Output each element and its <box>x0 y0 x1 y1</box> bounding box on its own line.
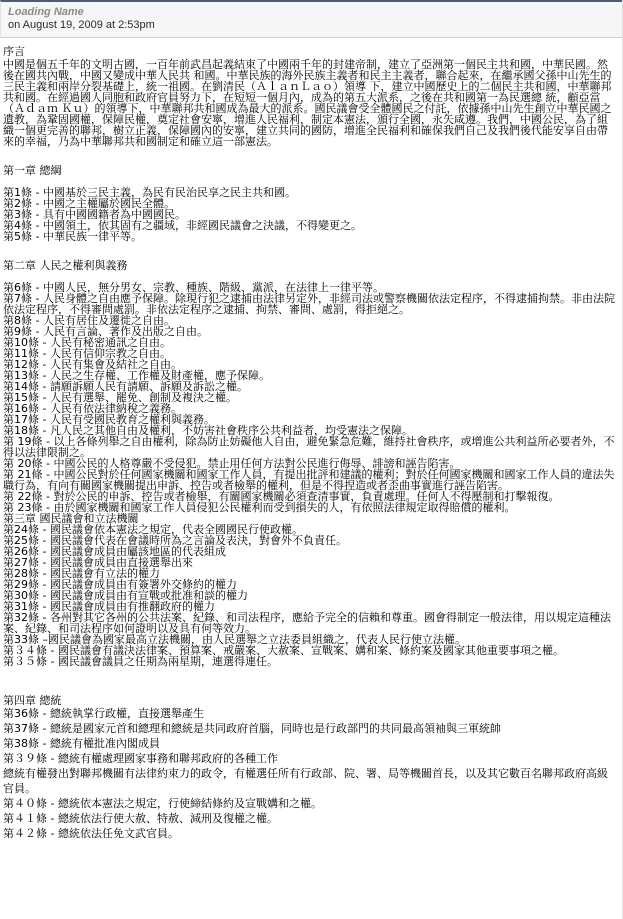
article-line: 第４０條 - 總統依本憲法之規定，行使締結條約及宣戰媾和之權。 <box>3 796 618 811</box>
author-name[interactable]: Loading Name <box>8 6 614 19</box>
chapter-heading: 第四章 總統 <box>3 695 618 706</box>
chapter-heading: 第二章 人民之權利與義務 <box>3 260 618 271</box>
article-line: 第37條 - 總統是國家元首和總理和總統是共同政府首腦，同時也是行政部門的共同最… <box>3 721 618 736</box>
chapter-4: 第四章 總統第36條 - 總統執掌行政權，直接選舉產生第37條 - 總統是國家元… <box>3 695 618 841</box>
article-line: 第３５條 - 國民議會議員之任期為兩星期，連選得連任。 <box>3 656 618 667</box>
note-body: 序言 中國是個五千年的文明古國，一百年前武昌起義結束了中國兩千年的封建帝制，建立… <box>0 38 622 845</box>
article-line: 第7條 - 人民身體之自由應予保障。除現行犯之逮捕由法律另定外，非經司法或警察機… <box>3 293 618 315</box>
article-line: 第5條 - 中華民族一律平等。 <box>3 231 618 242</box>
article-line: 第36條 - 總統執掌行政權，直接選舉產生 <box>3 706 618 721</box>
chapter-2: 第二章 人民之權利與義務第6條 - 中國人民，無分男女、宗教、種族、階級、黨派，… <box>3 260 618 513</box>
note-page: Loading Name on August 19, 2009 at 2:53p… <box>0 0 623 919</box>
chapter-heading: 第一章 總綱 <box>3 165 618 176</box>
chapters-container: 第一章 總綱第1條 - 中國基於三民主義，為民有民治民享之民主共和國。第2條 -… <box>3 165 618 841</box>
note-header: Loading Name on August 19, 2009 at 2:53p… <box>0 0 622 38</box>
preamble-text: 中國是個五千年的文明古國，一百年前武昌起義結束了中國兩千年的封建帝制，建立了亞洲… <box>3 59 618 147</box>
article-line: 第32條 - 各州對其它各州的公共法案、紀錄、和司法程序，應給予完全的信賴和尊重… <box>3 612 618 634</box>
chapter-3: 第三章 國民議會和立法機關第24條 - 國民議會依本憲法之規定，代表全國國民行使… <box>3 513 618 667</box>
article-line: 總統有權發出對聯邦機關有法律約束力的政令，有權選任所有行政部、院、署、局等機關首… <box>3 766 618 796</box>
article-line: 第 19條 - 以上各條列舉之自由權利，除為防止妨礙他人自由，避免緊急危難，維持… <box>3 436 618 458</box>
article-line: 第４２條 - 總統依法任免文武官員。 <box>3 826 618 841</box>
preamble-title: 序言 <box>3 46 618 57</box>
article-line: 第４１條 - 總統依法行使大赦、特赦、減刑及復權之權。 <box>3 811 618 826</box>
note-timestamp: on August 19, 2009 at 2:53pm <box>8 19 614 32</box>
article-line: 第38條 - 總統有權批准內閣成員 <box>3 736 618 751</box>
chapter-1: 第一章 總綱第1條 - 中國基於三民主義，為民有民治民享之民主共和國。第2條 -… <box>3 165 618 242</box>
article-line: 第 21條 - 中國公民對於任何國家機關和國家工作人員，有提出批評和建議的權利；… <box>3 469 618 491</box>
article-line: 第３９條 - 總統有權處理國家事務和聯邦政府的各種工作 <box>3 751 618 766</box>
